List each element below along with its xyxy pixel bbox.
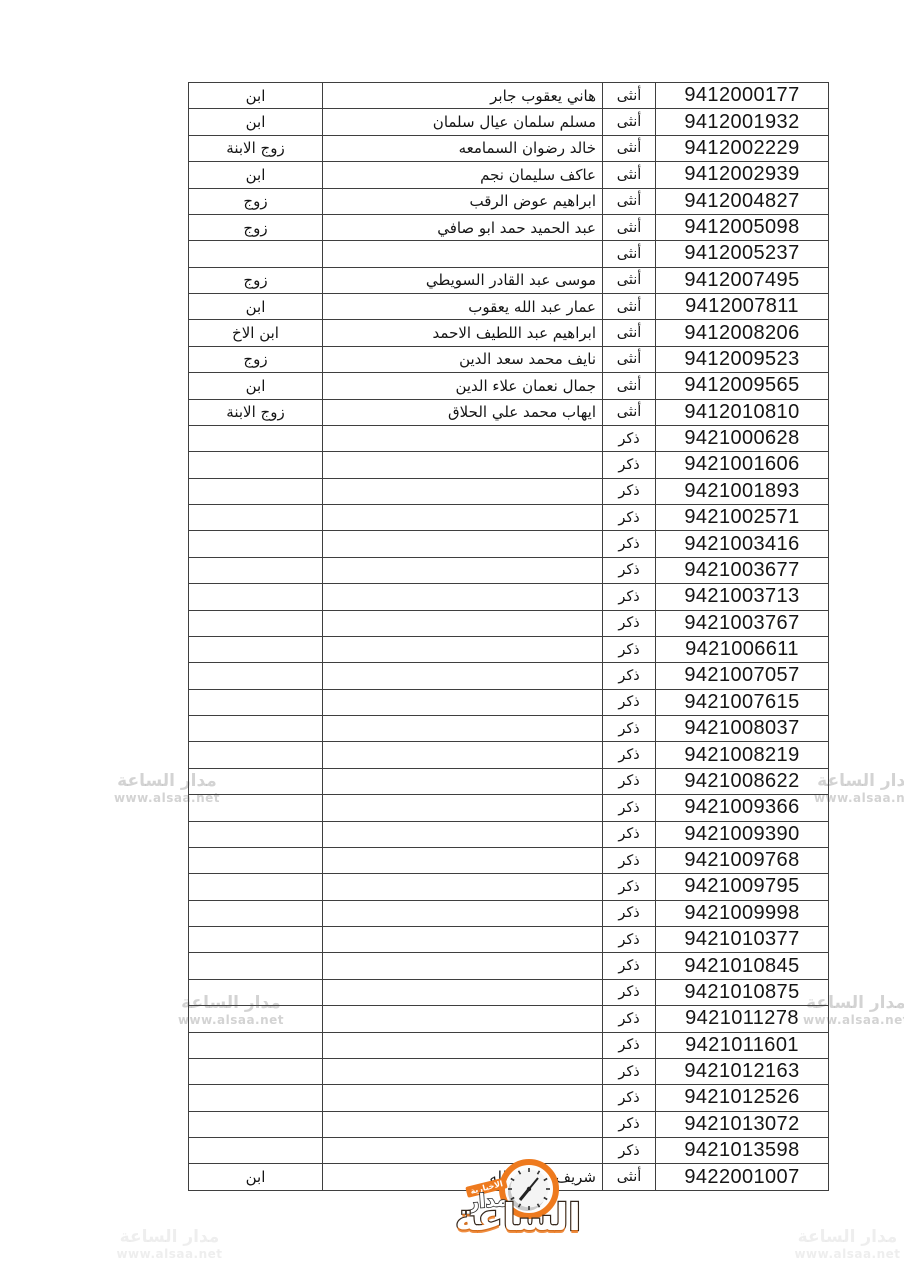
name-cell <box>323 795 603 821</box>
id-number-cell: 9421002571 <box>656 505 829 531</box>
name-cell <box>323 610 603 636</box>
gender-cell: أنثى <box>603 399 656 425</box>
name-cell <box>323 241 603 267</box>
name-cell: خالد رضوان السمامعه <box>323 135 603 161</box>
table-row: ذكر9421007615 <box>189 689 829 715</box>
name-cell <box>323 452 603 478</box>
table-row: زوجعبد الحميد حمد ابو صافيأنثى9412005098 <box>189 214 829 240</box>
table-row: ذكر9421009366 <box>189 795 829 821</box>
id-number-cell: 9421003416 <box>656 531 829 557</box>
relation-cell: ابن <box>189 294 323 320</box>
id-number-cell: 9421011278 <box>656 1006 829 1032</box>
gender-cell: ذكر <box>603 1058 656 1084</box>
id-number-cell: 9421001893 <box>656 478 829 504</box>
relation-cell <box>189 584 323 610</box>
gender-cell: ذكر <box>603 531 656 557</box>
relation-cell <box>189 927 323 953</box>
relation-cell: ابن <box>189 373 323 399</box>
relation-cell: ابن <box>189 162 323 188</box>
table-row: ذكر9421010377 <box>189 927 829 953</box>
relation-cell <box>189 636 323 662</box>
id-number-cell: 9421010845 <box>656 953 829 979</box>
gender-cell: ذكر <box>603 927 656 953</box>
table-row: ذكر9421011278 <box>189 1006 829 1032</box>
gender-cell: ذكر <box>603 953 656 979</box>
gender-cell: أنثى <box>603 83 656 109</box>
name-cell: ايهاب محمد علي الحلاق <box>323 399 603 425</box>
id-number-cell: 9421009390 <box>656 821 829 847</box>
table-row: ذكر9421003416 <box>189 531 829 557</box>
relation-cell: زوج الابنة <box>189 135 323 161</box>
logo-brand-main: الساعة <box>438 1196 598 1239</box>
id-number-cell: 9421009998 <box>656 900 829 926</box>
name-cell <box>323 584 603 610</box>
id-number-cell: 9421003767 <box>656 610 829 636</box>
name-cell: جمال نعمان علاء الدين <box>323 373 603 399</box>
table-row: أنثى9412005237 <box>189 241 829 267</box>
table-row: زوج الابنةايهاب محمد علي الحلاقأنثى94120… <box>189 399 829 425</box>
gender-cell: ذكر <box>603 795 656 821</box>
relation-cell <box>189 1085 323 1111</box>
id-number-cell: 9421008219 <box>656 742 829 768</box>
table-row: ابنعاكف سليمان نجمأنثى9412002939 <box>189 162 829 188</box>
table-row: ذكر9421011601 <box>189 1032 829 1058</box>
name-cell <box>323 900 603 926</box>
relation-cell <box>189 1006 323 1032</box>
gender-cell: أنثى <box>603 346 656 372</box>
id-number-cell: 9412007495 <box>656 267 829 293</box>
relation-cell: زوج <box>189 267 323 293</box>
id-number-cell: 9421011601 <box>656 1032 829 1058</box>
id-number-cell: 9412007811 <box>656 294 829 320</box>
table-row: ابنشريف عوض اللهأنثى9422001007 <box>189 1164 829 1190</box>
gender-cell: أنثى <box>603 294 656 320</box>
records-table: ابنهاني يعقوب جابرأنثى9412000177ابنمسلم … <box>188 82 829 1191</box>
gender-cell: أنثى <box>603 109 656 135</box>
id-number-cell: 9421009768 <box>656 847 829 873</box>
name-cell <box>323 1058 603 1084</box>
table-row: ذكر9421008037 <box>189 716 829 742</box>
gender-cell: أنثى <box>603 135 656 161</box>
table-row: ذكر9421003677 <box>189 557 829 583</box>
gender-cell: أنثى <box>603 373 656 399</box>
relation-cell <box>189 953 323 979</box>
id-number-cell: 9421003713 <box>656 584 829 610</box>
table-row: ذكر9421001893 <box>189 478 829 504</box>
name-cell <box>323 979 603 1005</box>
name-cell <box>323 1111 603 1137</box>
gender-cell: ذكر <box>603 1111 656 1137</box>
gender-cell: ذكر <box>603 1138 656 1164</box>
gender-cell: ذكر <box>603 505 656 531</box>
gender-cell: أنثى <box>603 214 656 240</box>
id-number-cell: 9421007615 <box>656 689 829 715</box>
relation-cell: ابن الاخ <box>189 320 323 346</box>
name-cell: عبد الحميد حمد ابو صافي <box>323 214 603 240</box>
relation-cell: ابن <box>189 1164 323 1190</box>
relation-cell <box>189 900 323 926</box>
name-cell <box>323 663 603 689</box>
relation-cell <box>189 241 323 267</box>
gender-cell: ذكر <box>603 610 656 636</box>
id-number-cell: 9421001606 <box>656 452 829 478</box>
id-number-cell: 9421009795 <box>656 874 829 900</box>
name-cell <box>323 505 603 531</box>
table-row: ذكر9421010875 <box>189 979 829 1005</box>
gender-cell: ذكر <box>603 557 656 583</box>
gender-cell: ذكر <box>603 768 656 794</box>
watermark-url: www.alsaa.net <box>112 1248 227 1262</box>
id-number-cell: 9412001932 <box>656 109 829 135</box>
id-number-cell: 9421000628 <box>656 425 829 451</box>
id-number-cell: 9421008037 <box>656 716 829 742</box>
id-number-cell: 9421012163 <box>656 1058 829 1084</box>
gender-cell: أنثى <box>603 267 656 293</box>
gender-cell: ذكر <box>603 742 656 768</box>
name-cell <box>323 953 603 979</box>
gender-cell: ذكر <box>603 900 656 926</box>
gender-cell: أنثى <box>603 241 656 267</box>
name-cell: عاكف سليمان نجم <box>323 162 603 188</box>
relation-cell <box>189 452 323 478</box>
id-number-cell: 9421013598 <box>656 1138 829 1164</box>
id-number-cell: 9421009366 <box>656 795 829 821</box>
relation-cell <box>189 1138 323 1164</box>
gender-cell: أنثى <box>603 320 656 346</box>
relation-cell <box>189 505 323 531</box>
id-number-cell: 9412000177 <box>656 83 829 109</box>
name-cell <box>323 1006 603 1032</box>
table-row: ذكر9421007057 <box>189 663 829 689</box>
watermark-url: www.alsaa.net <box>790 1248 904 1262</box>
table-row: ذكر9421010845 <box>189 953 829 979</box>
id-number-cell: 9412002939 <box>656 162 829 188</box>
gender-cell: ذكر <box>603 1006 656 1032</box>
watermark-bottom-left: مدار الساعة www.alsaa.net <box>112 1228 227 1261</box>
name-cell <box>323 478 603 504</box>
name-cell <box>323 927 603 953</box>
name-cell <box>323 742 603 768</box>
relation-cell <box>189 557 323 583</box>
table-row: زوجنايف محمد سعد الدينأنثى9412009523 <box>189 346 829 372</box>
id-number-cell: 9421006611 <box>656 636 829 662</box>
relation-cell <box>189 689 323 715</box>
gender-cell: ذكر <box>603 425 656 451</box>
id-number-cell: 9421013072 <box>656 1111 829 1137</box>
table-row: ذكر9421012526 <box>189 1085 829 1111</box>
table-row: ذكر9421009390 <box>189 821 829 847</box>
gender-cell: ذكر <box>603 1085 656 1111</box>
gender-cell: ذكر <box>603 689 656 715</box>
id-number-cell: 9421010875 <box>656 979 829 1005</box>
relation-cell: ابن <box>189 109 323 135</box>
relation-cell <box>189 795 323 821</box>
gender-cell: أنثى <box>603 162 656 188</box>
table-row: ذكر9421008622 <box>189 768 829 794</box>
table-row: ذكر9421003767 <box>189 610 829 636</box>
relation-cell <box>189 768 323 794</box>
table-row: زوج الابنةخالد رضوان السمامعهأنثى9412002… <box>189 135 829 161</box>
watermark-bottom-right: مدار الساعة www.alsaa.net <box>790 1228 904 1261</box>
table-row: ذكر9421009795 <box>189 874 829 900</box>
relation-cell <box>189 847 323 873</box>
name-cell: ابراهيم عوض الرقب <box>323 188 603 214</box>
table-row: زوجابراهيم عوض الرقبأنثى9412004827 <box>189 188 829 214</box>
relation-cell <box>189 1032 323 1058</box>
relation-cell <box>189 874 323 900</box>
id-number-cell: 9412005098 <box>656 214 829 240</box>
id-number-cell: 9412010810 <box>656 399 829 425</box>
name-cell <box>323 821 603 847</box>
relation-cell <box>189 821 323 847</box>
table-row: ذكر9421002571 <box>189 505 829 531</box>
name-cell: هاني يعقوب جابر <box>323 83 603 109</box>
table-row: ابن الاخابراهيم عبد اللطيف الاحمدأنثى941… <box>189 320 829 346</box>
name-cell: عمار عبد الله يعقوب <box>323 294 603 320</box>
relation-cell <box>189 1111 323 1137</box>
gender-cell: ذكر <box>603 874 656 900</box>
name-cell <box>323 1085 603 1111</box>
gender-cell: ذكر <box>603 1032 656 1058</box>
relation-cell: زوج <box>189 214 323 240</box>
watermark-brand: مدار الساعة <box>790 1228 904 1248</box>
name-cell <box>323 874 603 900</box>
gender-cell: ذكر <box>603 821 656 847</box>
gender-cell: ذكر <box>603 979 656 1005</box>
relation-cell: ابن <box>189 83 323 109</box>
relation-cell <box>189 610 323 636</box>
name-cell <box>323 425 603 451</box>
name-cell <box>323 1138 603 1164</box>
gender-cell: ذكر <box>603 847 656 873</box>
table-row: ذكر9421009998 <box>189 900 829 926</box>
relation-cell <box>189 478 323 504</box>
name-cell <box>323 531 603 557</box>
gender-cell: أنثى <box>603 1164 656 1190</box>
table-row: ابنمسلم سلمان عيال سلمانأنثى9412001932 <box>189 109 829 135</box>
id-number-cell: 9422001007 <box>656 1164 829 1190</box>
name-cell: مسلم سلمان عيال سلمان <box>323 109 603 135</box>
name-cell <box>323 636 603 662</box>
table-row: ذكر9421013598 <box>189 1138 829 1164</box>
table-row: ابنجمال نعمان علاء الدينأنثى9412009565 <box>189 373 829 399</box>
relation-cell: زوج <box>189 188 323 214</box>
name-cell <box>323 689 603 715</box>
table-row: ذكر9421003713 <box>189 584 829 610</box>
relation-cell <box>189 663 323 689</box>
name-cell <box>323 557 603 583</box>
relation-cell: زوج <box>189 346 323 372</box>
gender-cell: ذكر <box>603 663 656 689</box>
id-number-cell: 9412008206 <box>656 320 829 346</box>
id-number-cell: 9421007057 <box>656 663 829 689</box>
gender-cell: ذكر <box>603 452 656 478</box>
id-number-cell: 9421008622 <box>656 768 829 794</box>
relation-cell <box>189 742 323 768</box>
table-row: زوجموسى عبد القادر السويطيأنثى9412007495 <box>189 267 829 293</box>
id-number-cell: 9421012526 <box>656 1085 829 1111</box>
table-row: ذكر9421009768 <box>189 847 829 873</box>
table-row: ذكر9421008219 <box>189 742 829 768</box>
table-row: ذكر9421013072 <box>189 1111 829 1137</box>
name-cell: شريف عوض الله <box>323 1164 603 1190</box>
id-number-cell: 9412002229 <box>656 135 829 161</box>
table-row: ذكر9421000628 <box>189 425 829 451</box>
relation-cell <box>189 531 323 557</box>
table-row: ذكر9421006611 <box>189 636 829 662</box>
relation-cell: زوج الابنة <box>189 399 323 425</box>
document-page: مدار الساعة www.alsaa.net مدار الساعة ww… <box>0 0 904 1280</box>
id-number-cell: 9421003677 <box>656 557 829 583</box>
name-cell: موسى عبد القادر السويطي <box>323 267 603 293</box>
table-row: ابنهاني يعقوب جابرأنثى9412000177 <box>189 83 829 109</box>
gender-cell: أنثى <box>603 188 656 214</box>
logo-brand-top: مدار <box>467 1189 509 1214</box>
name-cell: ابراهيم عبد اللطيف الاحمد <box>323 320 603 346</box>
id-number-cell: 9421010377 <box>656 927 829 953</box>
table-row: ذكر9421012163 <box>189 1058 829 1084</box>
id-number-cell: 9412009523 <box>656 346 829 372</box>
name-cell <box>323 768 603 794</box>
gender-cell: ذكر <box>603 478 656 504</box>
relation-cell <box>189 979 323 1005</box>
id-number-cell: 9412009565 <box>656 373 829 399</box>
relation-cell <box>189 1058 323 1084</box>
id-number-cell: 9412005237 <box>656 241 829 267</box>
table-row: ابنعمار عبد الله يعقوبأنثى9412007811 <box>189 294 829 320</box>
watermark-brand: مدار الساعة <box>112 1228 227 1248</box>
gender-cell: ذكر <box>603 716 656 742</box>
gender-cell: ذكر <box>603 636 656 662</box>
name-cell: نايف محمد سعد الدين <box>323 346 603 372</box>
relation-cell <box>189 716 323 742</box>
gender-cell: ذكر <box>603 584 656 610</box>
name-cell <box>323 716 603 742</box>
table-row: ذكر9421001606 <box>189 452 829 478</box>
relation-cell <box>189 425 323 451</box>
id-number-cell: 9412004827 <box>656 188 829 214</box>
name-cell <box>323 847 603 873</box>
name-cell <box>323 1032 603 1058</box>
